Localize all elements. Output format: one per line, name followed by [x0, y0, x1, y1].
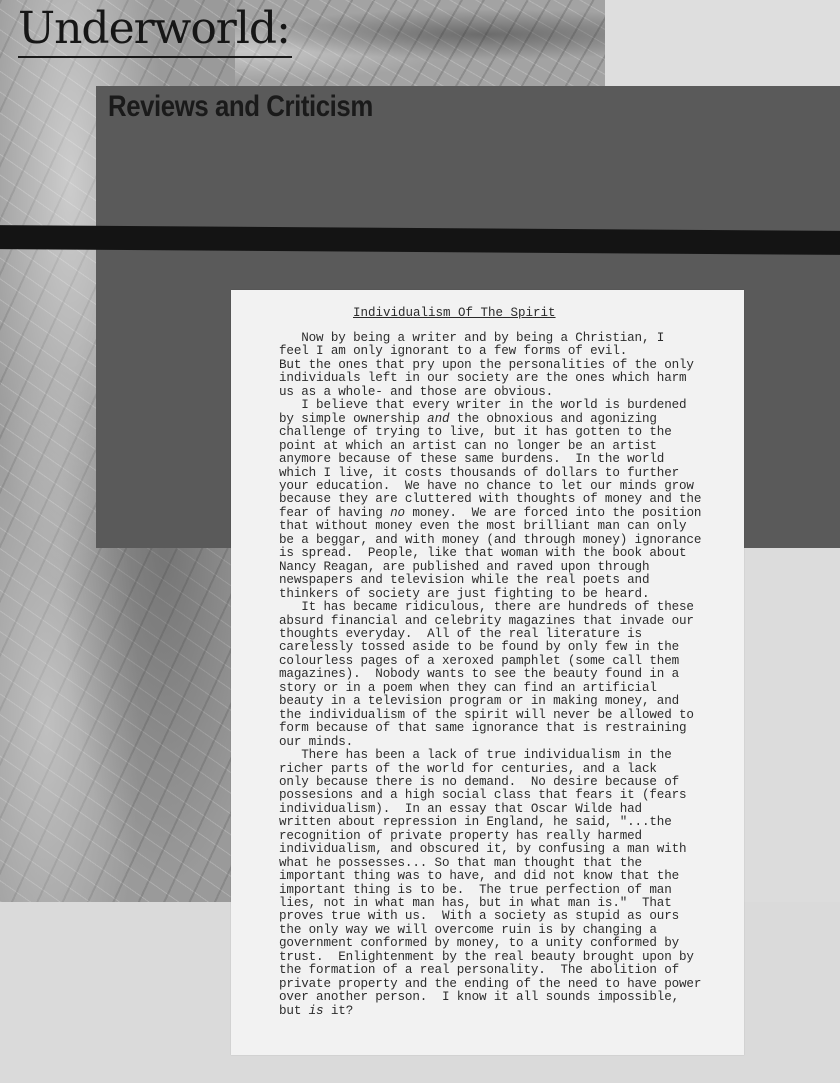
article-line: written about repression in England, he …	[279, 816, 749, 829]
article-line: point at which an artist can no longer b…	[279, 440, 749, 453]
article-line: but is it?	[279, 1005, 749, 1018]
article-line: our minds.	[279, 736, 749, 749]
article-line: important thing was to have, and did not…	[279, 870, 749, 883]
article-line: It has became ridiculous, there are hund…	[279, 601, 749, 614]
article-line: individuals left in our society are the …	[279, 372, 749, 385]
article-title: Individualism Of The Spirit	[353, 306, 556, 320]
article-line: be a beggar, and with money (and through…	[279, 534, 749, 547]
article-line: fear of having no money. We are forced i…	[279, 507, 749, 520]
article-line: colourless pages of a xeroxed pamphlet (…	[279, 655, 749, 668]
article-line: your education. We have no chance to let…	[279, 480, 749, 493]
article-line: what he possesses... So that man thought…	[279, 857, 749, 870]
article-line: newspapers and television while the real…	[279, 574, 749, 587]
section-title: Reviews and Criticism	[108, 90, 373, 124]
article-line: the formation of a real personality. The…	[279, 964, 749, 977]
article-line: story or in a poem when they can find an…	[279, 682, 749, 695]
article-line: trust. Enlightenment by the real beauty …	[279, 951, 749, 964]
article-line: that without money even the most brillia…	[279, 520, 749, 533]
article-line: important thing is to be. The true perfe…	[279, 884, 749, 897]
article-line: the only way we will overcome ruin is by…	[279, 924, 749, 937]
article-line: individualism, and obscured it, by confu…	[279, 843, 749, 856]
article-line: absurd financial and celebrity magazines…	[279, 615, 749, 628]
article-line: Now by being a writer and by being a Chr…	[279, 332, 749, 345]
article-line: anymore because of these same burdens. I…	[279, 453, 749, 466]
article-line: which I live, it costs thousands of doll…	[279, 467, 749, 480]
article-line: richer parts of the world for centuries,…	[279, 763, 749, 776]
article-line: recognition of private property has real…	[279, 830, 749, 843]
article-line: I believe that every writer in the world…	[279, 399, 749, 412]
article-line: But the ones that pry upon the personali…	[279, 359, 749, 372]
article-line: challenge of trying to live, but it has …	[279, 426, 749, 439]
article-line: is spread. People, like that woman with …	[279, 547, 749, 560]
article-line: by simple ownership and the obnoxious an…	[279, 413, 749, 426]
article-line: because they are cluttered with thoughts…	[279, 493, 749, 506]
article-line: beauty in a television program or in mak…	[279, 695, 749, 708]
article-line: only because there is no demand. No desi…	[279, 776, 749, 789]
article-line: us as a whole- and those are obvious.	[279, 386, 749, 399]
article-line: possesions and a high social class that …	[279, 789, 749, 802]
article-line: lies, not in what man has, but in what m…	[279, 897, 749, 910]
article-line: government conformed by money, to a unit…	[279, 937, 749, 950]
article-line: magazines). Nobody wants to see the beau…	[279, 668, 749, 681]
article-line: form because of that same ignorance that…	[279, 722, 749, 735]
article-line: thoughts everyday. All of the real liter…	[279, 628, 749, 641]
article-line: feel I am only ignorant to a few forms o…	[279, 345, 749, 358]
magazine-masthead: Underworld:	[18, 4, 292, 58]
article-line: the individualism of the spirit will nev…	[279, 709, 749, 722]
article-line: private property and the ending of the n…	[279, 978, 749, 991]
article-line: individualism). In an essay that Oscar W…	[279, 803, 749, 816]
article-line: carelessly tossed aside to be found by o…	[279, 641, 749, 654]
article-body: Now by being a writer and by being a Chr…	[279, 332, 749, 1018]
article-line: There has been a lack of true individual…	[279, 749, 749, 762]
article-page: Individualism Of The Spirit Now by being…	[231, 290, 744, 1055]
article-line: over another person. I know it all sound…	[279, 991, 749, 1004]
article-line: thinkers of society are just fighting to…	[279, 588, 749, 601]
light-background-top	[605, 0, 840, 86]
article-line: Nancy Reagan, are published and raved up…	[279, 561, 749, 574]
article-line: proves true with us. With a society as s…	[279, 910, 749, 923]
